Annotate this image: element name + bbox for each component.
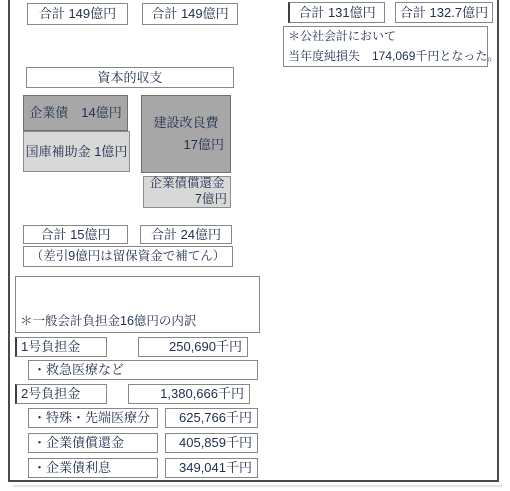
breakdown-row-label: 1号負担金 [15,337,107,357]
income-total-box: 合計 15億円 [23,225,128,244]
breakdown-row-value: 1,380,666千円 [128,384,250,404]
national-subsidy-box: 国庫補助金 1億円 [23,131,130,172]
breakdown-row-value: 349,041千円 [165,458,258,478]
breakdown-row-value: 250,690千円 [138,337,248,357]
breakdown-row-value: 625,766千円 [165,408,258,428]
bond-redemption-box: 企業債償還金 7億円 [143,176,231,208]
breakdown-row-label: ・救急医療など [28,360,258,380]
net-loss-note-line2: 当年度純損失 174,069千円となった。 [288,47,499,67]
frame-shadow-line [13,485,502,487]
bond-redemption-label: 企業債償還金 [144,176,230,192]
net-loss-note-line1: ＊公社会計において [288,27,396,47]
construction-improvement-amount: 17億円 [142,134,230,156]
construction-improvement-box: 建設改良費 17億円 [141,95,231,173]
expense-total-box: 合計 24億円 [140,225,232,244]
diagram-canvas: 合計 149億円 合計 149億円 合計 131億円 合計 132.7億円 ＊公… [0,0,510,491]
breakdown-title-box: ＊一般会計負担金16億円の内訳 [15,276,260,333]
capital-balance-title: 資本的収支 [26,67,234,88]
breakdown-row-value: 405,859千円 [165,433,258,453]
total-box-left-2: 合計 149億円 [142,3,238,25]
breakdown-row-label: ・特殊・先端医療分 [28,408,158,428]
total-box-right-1: 合計 131億円 [288,2,385,23]
breakdown-row-label: 2号負担金 [15,384,107,404]
construction-improvement-label: 建設改良費 [142,112,230,134]
breakdown-row-label: ・企業債利息 [28,458,158,478]
balance-difference-note: （差引9億円は留保資金で補てん） [23,246,233,267]
corporate-bond-box: 企業債 14億円 [23,95,128,131]
total-box-right-2: 合計 132.7億円 [395,2,493,23]
breakdown-row-label: ・企業債償還金 [28,433,158,453]
bond-redemption-amount: 7億円 [144,192,230,208]
total-box-left-1: 合計 149億円 [27,3,128,25]
net-loss-note-box: ＊公社会計において 当年度純損失 174,069千円となった。 [283,26,488,67]
